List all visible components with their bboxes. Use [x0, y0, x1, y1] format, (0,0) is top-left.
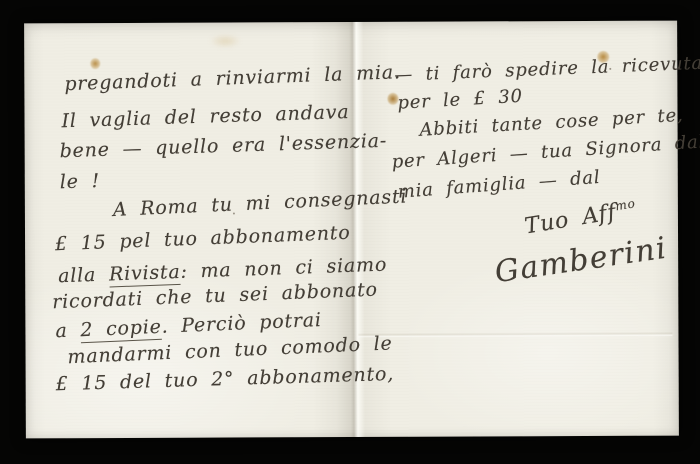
signature: Gamberini [493, 231, 670, 291]
letter-line: pregandoti a rinviarmi la mia. [64, 61, 401, 95]
foxing-stain [90, 58, 100, 69]
foxing-stain [210, 34, 240, 47]
letter-line-segment: a [55, 319, 81, 342]
letter-line: A Roma tu mi consegnasti [112, 185, 407, 221]
letter-paper-sheet: pregandoti a rinviarmi la mia. Il vaglia… [24, 21, 679, 439]
letter-line: bene — quello era l'essenzia- [59, 130, 387, 163]
letter-line: Il vaglia del resto andava [61, 101, 350, 132]
underlined-word: Rivista [109, 261, 181, 288]
letter-line-segment: . Perciò potrai [161, 309, 322, 338]
underlined-word: 2 copie [80, 316, 162, 343]
letter-line: £ 15 pel tuo abbonamento [55, 222, 351, 256]
photographed-letter-scene: pregandoti a rinviarmi la mia. Il vaglia… [0, 0, 700, 464]
letter-line: — ti farò spedire la ricevuta [394, 53, 700, 86]
letter-closing: Tuo Affmo [523, 196, 638, 239]
horizontal-crease-right-page [358, 332, 672, 338]
closing-text: Tuo Aff [523, 200, 618, 240]
letter-line: per le £ 30 [397, 86, 524, 114]
letter-line-segment: alla [58, 263, 110, 287]
letter-line: £ 15 del tuo 2° abbonamento, [55, 363, 394, 395]
letter-line: le ! [59, 170, 100, 193]
letter-line: mia famiglia — dal [397, 167, 601, 203]
closing-superscript: mo [614, 196, 636, 213]
letter-right-page: — ti farò spedire la ricevuta per le £ 3… [24, 21, 677, 24]
letter-left-page: pregandoti a rinviarmi la mia. Il vaglia… [24, 21, 677, 24]
